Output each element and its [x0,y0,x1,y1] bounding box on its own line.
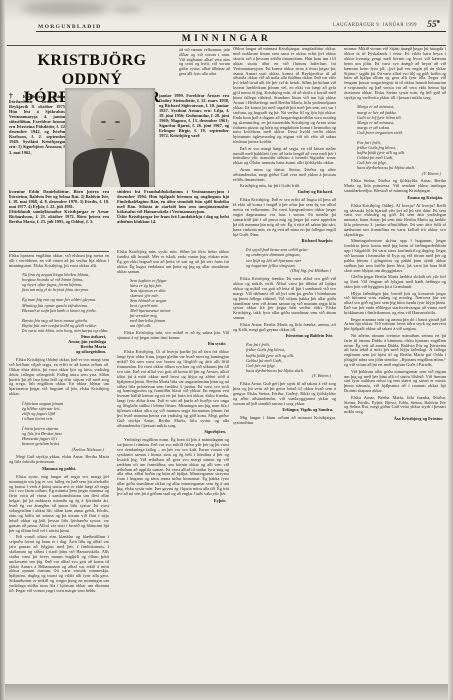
obituary-column-3: Okkur langar að minnast Kristbjargar, te… [233,47,336,681]
obituary-paragraph: Arnar minn og dætur, Steina, Þórður og a… [233,168,336,183]
poem-attribution: (V. Briem.) [233,374,336,379]
obituary-paragraph: Yndislegi engillinn minn. Ég kom til þín… [117,438,229,497]
photo-face [90,100,131,152]
newspaper-page: MORGUNBLAÐIÐ LAUGARDAGUR 9. JANÚAR 1999 … [0,0,453,700]
obituary-paragraph: Elsku Kristbjörg Oddný. Af hverju? Af hv… [344,204,446,238]
poem-attribution: (Ólöf Sig. frá Hlöðum.) [233,269,336,274]
section-title: MINNINGAR [0,34,453,44]
obituary-paragraph: Þegar mamma mín og amma þín dó í haust g… [344,318,446,333]
page-number: 55✱ [427,19,440,30]
obituary-paragraph: Elsku systir, mig langar að segja svo ma… [9,475,109,534]
obituary-paragraph: Elsku Arnar, Bertha María og litla frænk… [233,323,336,333]
obituary-paragraph: Mig langar í fáum orðum að minnast Krist… [233,416,336,426]
dateline: LAUGARDAGUR 9. JANÚAR 1999 [333,23,417,28]
obituary-paragraph: Við þökkum allar góðu minningarnar sem v… [344,370,446,395]
memorial-poem: Þú spyrð það besta sem orðið getur og um… [233,247,336,267]
obituary-paragraph: Elsku Kristbjörg frænka. Þú varst alltaf… [233,277,336,321]
obituary-paragraph: Gleðin þegar Bertha María fæddist skilað… [344,275,446,290]
poem-attribution: (Árelíus Níelsson.) [9,448,109,453]
column2-top-fragment: að við værum velkomnar, jafn ólíkar og v… [179,48,230,92]
signature: Eyþór. [117,499,229,504]
portrait-photo [65,88,155,187]
obituary-column-1: Elsku hjartans engillinn okkar, við elsk… [9,254,109,690]
memorial-poem: Nú finn ég angan löngu bleikra blóma, bo… [9,272,109,333]
memorial-poem: Margs er að minnast, margt er hér að þak… [344,104,446,170]
obituary-paragraph: minnar. Mikið vorum við Stjáni ánægð þeg… [344,47,446,101]
masthead: MORGUNBLAÐIÐ [38,24,101,30]
obituary-paragraph: Elsku Kristbjörg Oddný okkar, það er svo… [9,358,109,397]
obituary-paragraph: Nú aðeins rúmum tveimur mánuðum seinna e… [344,334,446,368]
infobox-right: janúar 1999. Foreldrar Arnars eru Guðný … [159,93,229,187]
signature: Þín systir. [117,342,229,347]
scan-smudge-small [112,6,142,13]
signature: Þórsteinn og Baldvin Þór. [233,334,336,339]
obituary-paragraph: Megi Guð styrkja ykkur, elsku Arnar, Ber… [9,455,109,465]
photo-eye-right [115,121,120,123]
obituary-paragraph: Hlýju faðmlögin þín, brosið þitt og koss… [344,292,446,317]
obituary-paragraph: Elsku Kristbjörg. Það er svo erfitt að h… [233,198,336,237]
signature: Emma og Kristján. [344,196,446,201]
signature: Mamma og pabbi. [9,467,109,472]
memorial-poem: Í björtum augum þínum ég blíðar stjörnur… [9,401,109,446]
obituary-paragraph: Elsku Kristbjörg mín, systir mín. Síðan … [117,250,229,275]
obituary-paragraph: Það er svo margt hægt að segja, en við l… [233,147,336,167]
obituary-paragraph: Okkur langar að minnast Kristbjargar, te… [233,47,336,145]
infobox-right-below: stúdent frá Framhaldsskólanum í Vestmann… [117,189,229,247]
infobox-left: †Kristbjörg Oddný Þórðardóttir fæddist í… [9,93,66,187]
scan-edge-bottom [0,684,453,700]
obituary-paragraph: Elsku Kristbjörg mín, svo mikið er að ég… [117,331,229,341]
obituary-paragraph: Elsku Kristbjörg. Út af hverju þurftir þ… [117,350,229,429]
signature: Richard Snæþór. [233,239,336,244]
memorial-poem: Far þú í friði, friður Guðs þig blessi, … [233,342,336,372]
obituary-paragraph: Elsku Steina, Þórður og fjölskylda, Arna… [344,179,446,194]
signature: Guðný og Richard. [233,190,336,195]
obituary-paragraph: Minningarbrotum skýtur upp í huganum, þe… [344,239,446,273]
signature: Ása Kristbjörg og Þröstur. [344,417,446,422]
header-rule-top [36,31,446,32]
headline-line-1: KRISTBJÖRG ODDNÝ [8,52,176,89]
page-mark: ✱ [437,19,440,24]
header-rule-bottom [7,45,446,46]
obituary-column-2: Elsku Kristbjörg mín, systir mín. Síðan … [117,250,229,674]
infobox-left-text: Kristbjörg Oddný Þórðardóttir fæddist í … [9,94,66,155]
obituary-paragraph: Kristbjörg mín, far þú í Guðs friði. [233,184,336,189]
memorial-poem: Sem fuglinn er flýgur hæst er ég hjá þér… [117,278,229,328]
column1-divider-rule [9,251,109,252]
signature: Erlingur, Vigdís og Sandra. [233,408,336,413]
photo-eye-left [101,121,106,123]
scan-edge-left [0,0,5,700]
signature: Þinn ástkæri, Arnar, þín yndislega Berth… [9,335,109,355]
obituary-column-4: minnar. Mikið vorum við Stjáni ánægð þeg… [344,47,446,677]
obituary-paragraph: Elsku Arnar, Guð gefi þér styrk til að t… [233,382,336,407]
signature: Sigurbjörn. [117,430,229,435]
obituary-paragraph: Elsku Arnar, Bertha María, litla frænka,… [344,396,446,416]
obituary-paragraph: Þið voruð oftast eins klæddar og klæðast… [9,535,109,594]
obituary-paragraph: Elsku hjartans engillinn okkar, við elsk… [9,254,109,269]
infobox-left-below: kvæntur Eddu Daníelsdóttur. Börn þeirra … [9,189,109,248]
poem-attribution: (V. Briem.) [344,172,446,177]
scan-edge-right [448,0,453,700]
scan-smudge [22,2,108,15]
